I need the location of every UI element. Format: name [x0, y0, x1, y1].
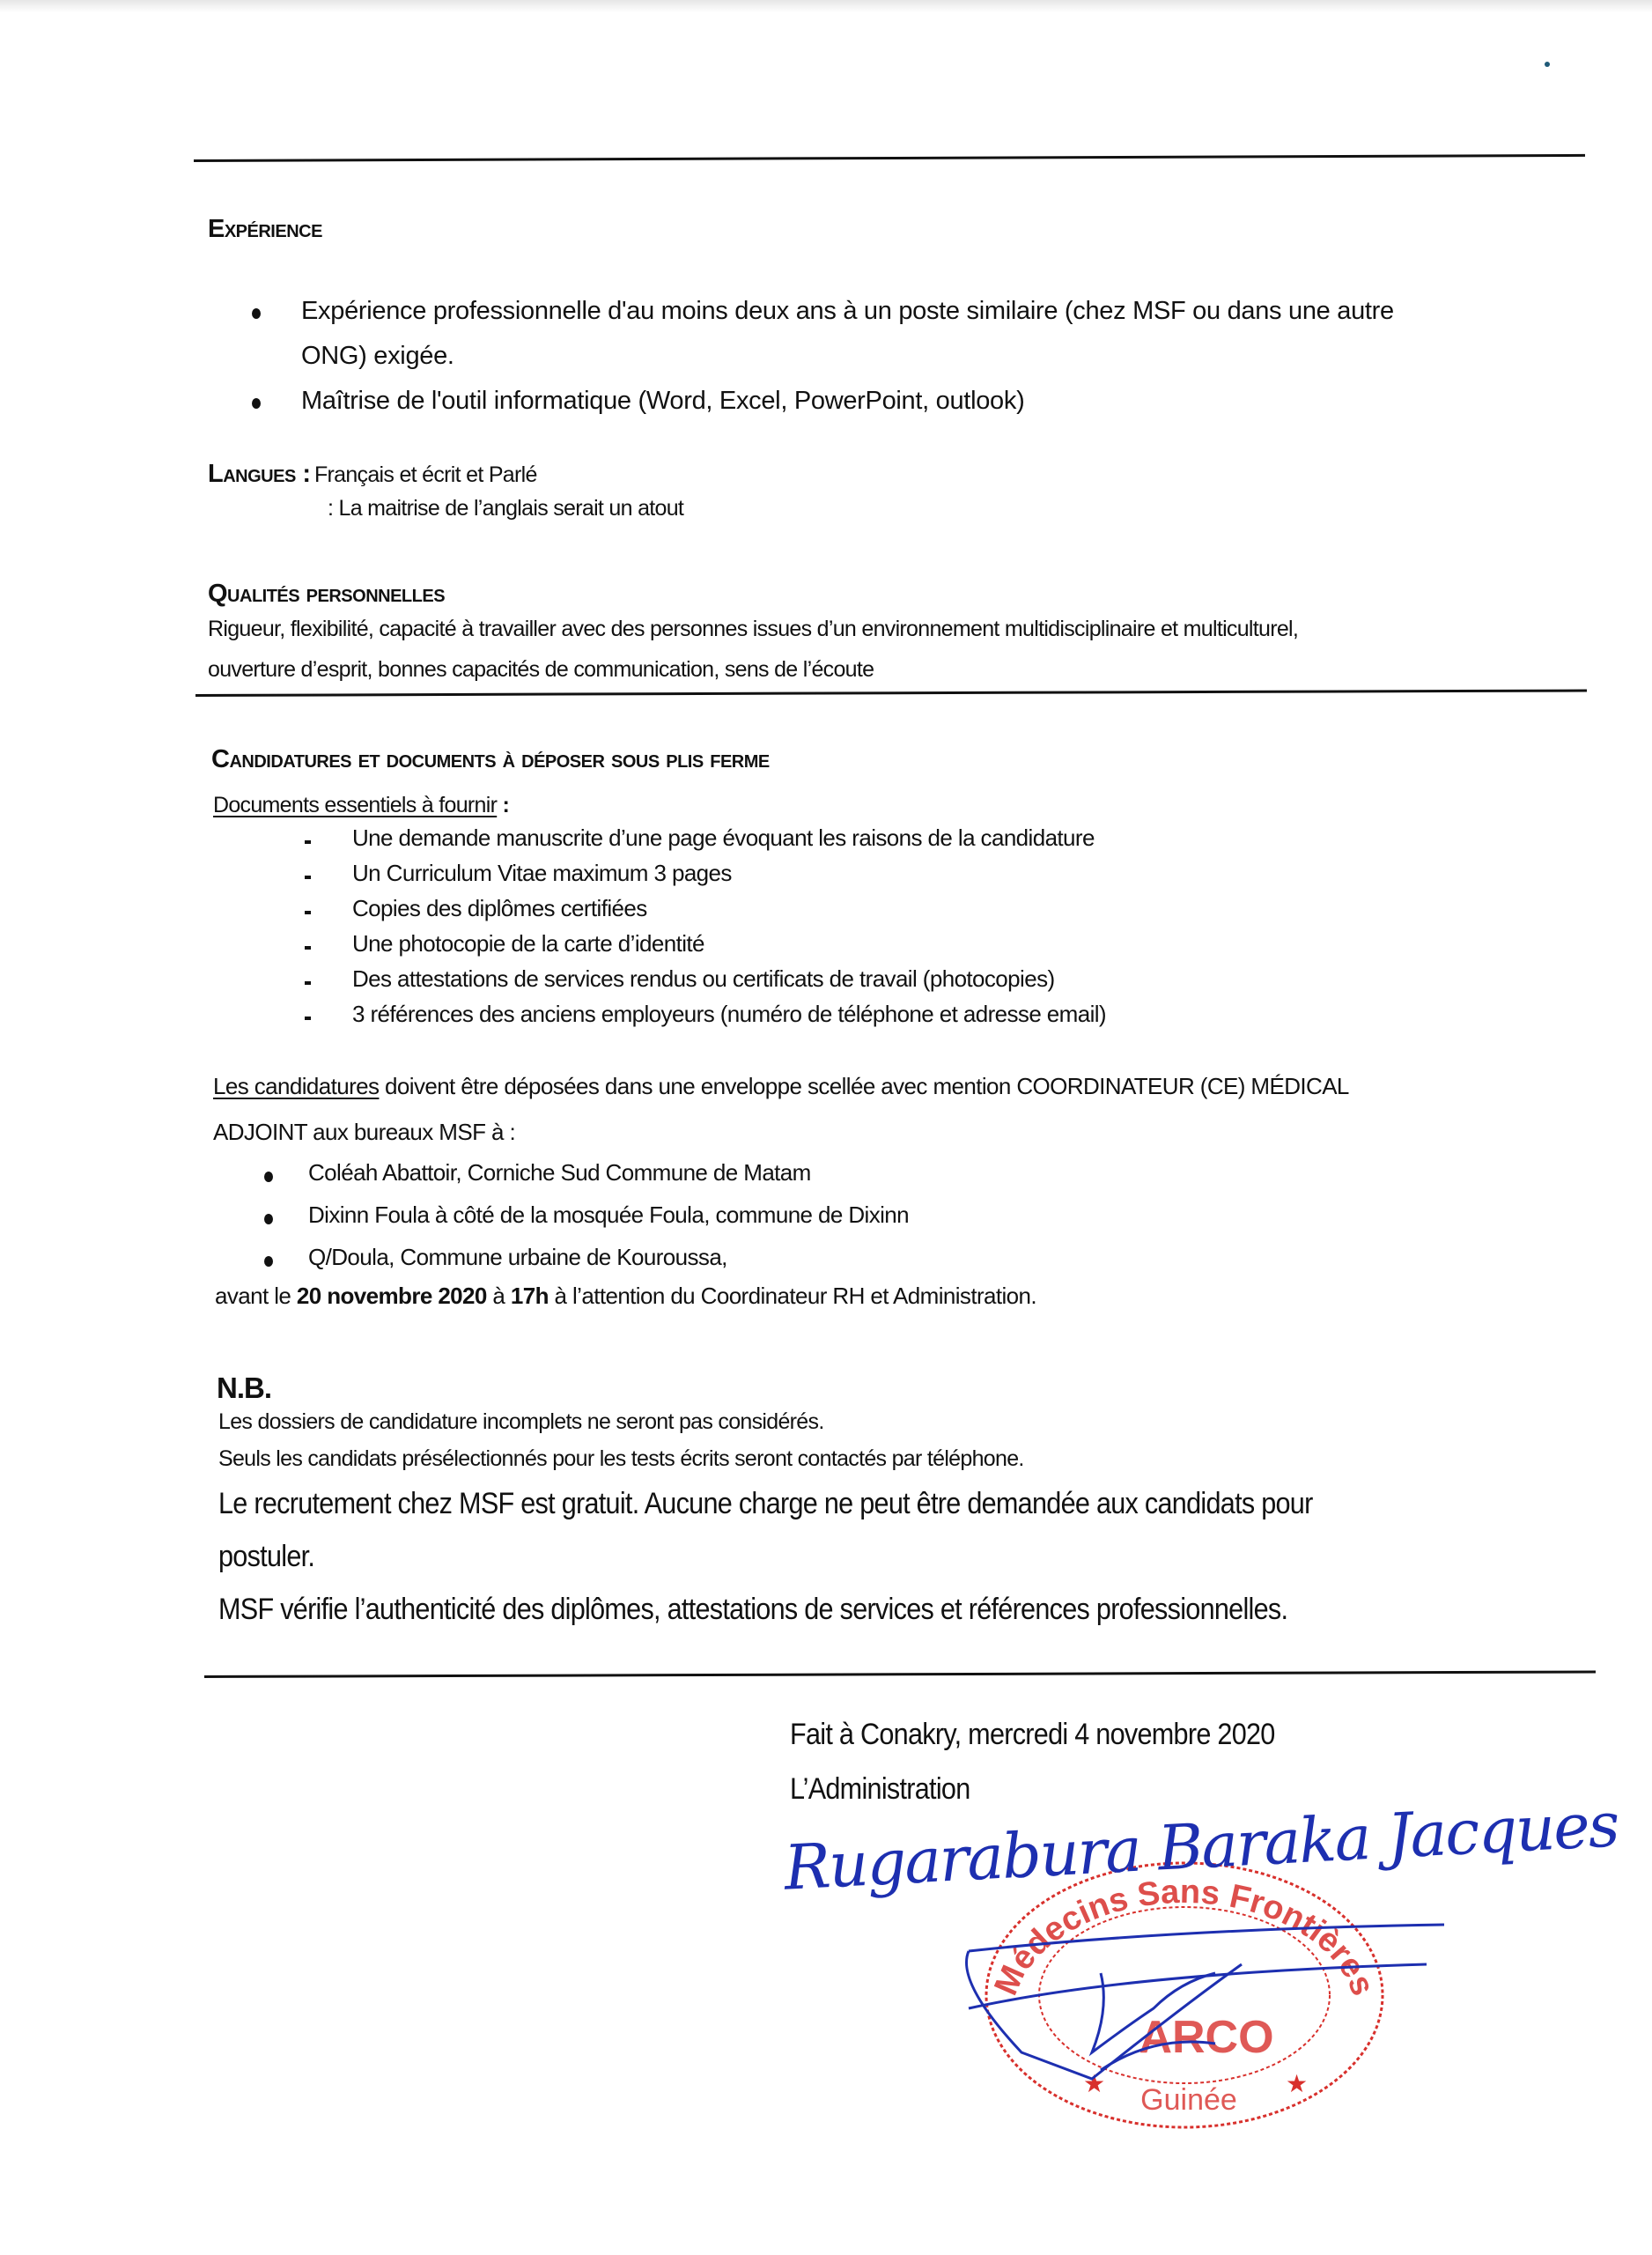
place-date: Fait à Conakry, mercredi 4 novembre 2020 [790, 1718, 1275, 1752]
offices-list: Coléah Abattoir, Corniche Sud Commune de… [213, 1159, 1358, 1286]
document-item: Des attestations de services rendus ou c… [213, 965, 1446, 1001]
submission-line-2: ADJOINT aux bureaux MSF à : [213, 1119, 515, 1146]
signature-flourish-icon [951, 1876, 1444, 2096]
qualities-line-2: ouverture d’esprit, bonnes capacités de … [208, 657, 874, 683]
document-item: Un Curriculum Vitae maximum 3 pages [213, 860, 1446, 895]
divider-top [194, 154, 1585, 162]
languages-line-2: : La maitrise de l’anglais serait un ato… [328, 496, 683, 521]
office-item: Dixinn Foula à côté de la mosquée Foula,… [213, 1201, 1358, 1244]
document-item: Une demande manuscrite d’une page évoqua… [213, 824, 1446, 860]
documents-colon: : [502, 793, 509, 817]
nb-line-5: MSF vérifie l’authenticité des diplômes,… [218, 1593, 1287, 1627]
qualities-heading: Qualités personnelles [208, 580, 445, 609]
nb-heading: N.B. [217, 1371, 271, 1405]
deadline-time: 17h [511, 1283, 549, 1309]
nb-line-2: Seuls les candidats présélectionnés pour… [218, 1446, 1024, 1472]
nb-line-4: postuler. [218, 1540, 314, 1574]
office-item: Q/Doula, Commune urbaine de Kouroussa, [213, 1244, 1358, 1286]
applications-heading: Candidatures et documents à déposer sous… [211, 745, 770, 774]
document-item: 3 références des anciens employeurs (num… [213, 1001, 1446, 1036]
documents-list: Une demande manuscrite d’une page évoqua… [213, 824, 1446, 1036]
languages-heading: Langues : [208, 460, 311, 488]
deadline-line: avant le 20 novembre 2020 à 17h à l’atte… [215, 1283, 1036, 1310]
submission-line-1: Les candidatures doivent être déposées d… [213, 1073, 1349, 1100]
submission-underlined: Les candidatures [213, 1073, 379, 1099]
qualities-line-1: Rigueur, flexibilité, capacité à travail… [208, 617, 1298, 642]
scan-edge [0, 0, 1652, 12]
divider-bottom [204, 1670, 1596, 1678]
bullet-icon [252, 308, 261, 319]
documents-label-row: Documents essentiels à fournir : [213, 793, 509, 818]
dash-bullet-icon [305, 840, 311, 844]
nb-line-1: Les dossiers de candidature incomplets n… [218, 1409, 824, 1435]
languages-line-1: Français et écrit et Parlé [314, 462, 537, 487]
nb-line-3: Le recrutement chez MSF est gratuit. Auc… [218, 1487, 1313, 1521]
bullet-icon [252, 398, 261, 409]
documents-label: Documents essentiels à fournir [213, 793, 497, 817]
document-item: Une photocopie de la carte d’identité [213, 930, 1446, 965]
experience-list: Expérience professionnelle d'au moins de… [208, 289, 1582, 424]
experience-item: Expérience professionnelle d'au moins de… [208, 289, 1582, 334]
deadline-date: 20 novembre 2020 [297, 1283, 487, 1309]
experience-heading: Expérience [208, 215, 322, 244]
office-item: Coléah Abattoir, Corniche Sud Commune de… [213, 1159, 1358, 1201]
dash-bullet-icon [305, 911, 311, 914]
dash-bullet-icon [305, 981, 311, 985]
experience-item-continuation: ONG) exigée. [208, 334, 1582, 379]
experience-item: Maîtrise de l'outil informatique (Word, … [208, 379, 1582, 424]
bullet-icon [264, 1172, 273, 1182]
dash-bullet-icon [305, 1017, 311, 1020]
dash-bullet-icon [305, 876, 311, 879]
bullet-icon [264, 1214, 273, 1224]
signatory: L’Administration [790, 1772, 970, 1807]
languages-block: Langues : Français et écrit et Parlé [208, 460, 537, 489]
bullet-icon [264, 1256, 273, 1267]
dash-bullet-icon [305, 946, 311, 950]
divider-middle [195, 689, 1587, 697]
document-item: Copies des diplômes certifiées [213, 895, 1446, 930]
scan-speck [1545, 62, 1550, 67]
